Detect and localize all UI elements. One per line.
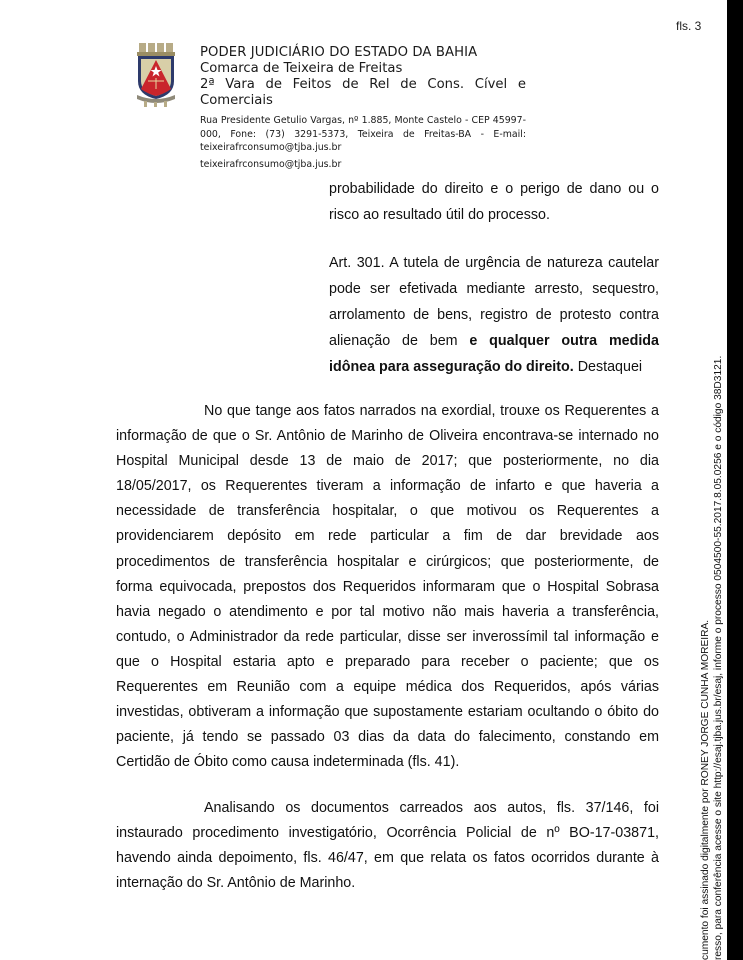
paragraph-line: havia negado o atendimento e por tal mot… xyxy=(116,600,659,625)
paragraph-line: paciente, já tendo se passado 03 dias da… xyxy=(116,725,659,750)
paragraph-facts: No que tange aos fatos narrados na exord… xyxy=(116,399,659,775)
quote-line: alienação de bem e qualquer outra medida xyxy=(329,328,659,354)
paragraph-line: necessidade de transferência hospitalar,… xyxy=(116,499,659,524)
paragraph-line: forma equivocada, prepostos dos Requerid… xyxy=(116,575,659,600)
scan-edge-black-strip xyxy=(727,0,743,960)
paragraph-line: havendo ainda depoimento, fls. 46/47, em… xyxy=(116,846,659,871)
paragraph-line: Certidão de Óbito como causa indetermina… xyxy=(116,750,659,775)
paragraph-line: providenciarem depósito em rede particul… xyxy=(116,524,659,549)
paragraph-line: 18/05/2017, os Requerentes tiveram a inf… xyxy=(116,474,659,499)
quote-line: probabilidade do direito e o perigo de d… xyxy=(329,176,659,202)
quote-line: pode ser efetivada mediante arresto, seq… xyxy=(329,276,659,302)
page-number: fls. 3 xyxy=(676,19,701,33)
header-email: teixeirafrconsumo@tjba.jus.br xyxy=(200,158,526,172)
paragraph-line: contudo, o Administrador da rede particu… xyxy=(116,625,659,650)
paragraph-line: informação de que o Sr. Antônio de Marin… xyxy=(116,424,659,449)
coat-of-arms-icon xyxy=(134,41,178,107)
quote-block-cpc-301: Art. 301. A tutela de urgência de nature… xyxy=(329,250,659,380)
quote-block-cpc-300: probabilidade do direito e o perigo de d… xyxy=(329,176,659,228)
paragraph-line: Analisando os documentos carreados aos a… xyxy=(116,796,659,821)
quote-emphasis: e qualquer outra medida xyxy=(469,333,659,349)
paragraph-line: procedimentos de transferência hospitala… xyxy=(116,550,659,575)
paragraph-line: instaurado procedimento investigatório, … xyxy=(116,821,659,846)
paragraph-line: investidas, obtiveram a informação que s… xyxy=(116,700,659,725)
paragraph-line: Requerentes em Reunião com a equipe médi… xyxy=(116,675,659,700)
paragraph-line: que o Hospital estaria apto e preparado … xyxy=(116,650,659,675)
header-vara-cont: Comerciais xyxy=(200,93,526,109)
digital-signature-stamp: cumento foi assinado digitalmente por RO… xyxy=(700,356,725,960)
header-comarca: Comarca de Teixeira de Freitas xyxy=(200,61,526,77)
quote-line: risco ao resultado útil do processo. xyxy=(329,202,659,228)
court-header: PODER JUDICIÁRIO DO ESTADO DA BAHIA Coma… xyxy=(200,45,526,171)
paragraph-line: internação do Sr. Antônio de Marinho. xyxy=(116,871,659,896)
quote-text: Destaquei xyxy=(574,359,642,375)
header-vara: 2ª Vara de Feitos de Rel de Cons. Cível … xyxy=(200,77,526,93)
paragraph-line: No que tange aos fatos narrados na exord… xyxy=(116,399,659,424)
quote-text: alienação de bem xyxy=(329,333,469,349)
signature-line: cumento foi assinado digitalmente por RO… xyxy=(700,356,713,960)
quote-line: Art. 301. A tutela de urgência de nature… xyxy=(329,250,659,276)
quote-emphasis: idônea para asseguração do direito. xyxy=(329,359,574,375)
header-address: Rua Presidente Getulio Vargas, nº 1.885,… xyxy=(200,114,526,155)
header-court-name: PODER JUDICIÁRIO DO ESTADO DA BAHIA xyxy=(200,45,526,61)
verification-line: resso, para conferência acesse o site ht… xyxy=(713,356,726,960)
paragraph-analysis: Analisando os documentos carreados aos a… xyxy=(116,796,659,896)
quote-line: arrolamento de bens, registro de protest… xyxy=(329,302,659,328)
paragraph-line: Hospital Municipal desde 13 de maio de 2… xyxy=(116,449,659,474)
quote-line: idônea para asseguração do direito. Dest… xyxy=(329,354,659,380)
